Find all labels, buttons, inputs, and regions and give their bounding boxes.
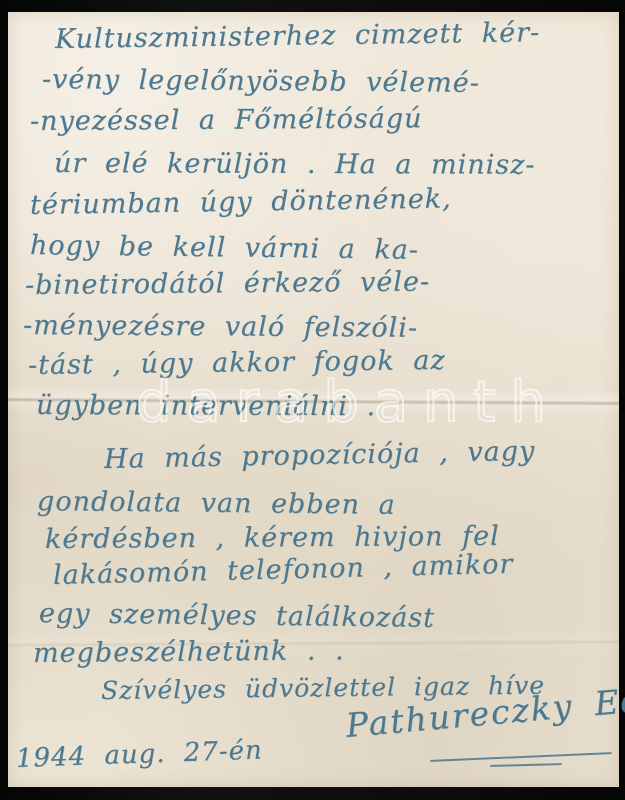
- handwritten-line: megbeszélhetünk . .: [33, 635, 345, 669]
- handwritten-line: Kultuszministerhez cimzett kér-: [55, 17, 541, 55]
- handwritten-line: -vény legelőnyösebb vélemé-: [42, 64, 480, 99]
- handwritten-line: hogy be kell várni a ka-: [30, 230, 419, 266]
- handwritten-line: tériumban úgy döntenének,: [30, 183, 452, 221]
- handwritten-line: úr elé kerüljön . Ha a minisz-: [54, 148, 536, 181]
- handwritten-line: egy személyes találkozást: [39, 598, 435, 634]
- signature-underline: [490, 763, 562, 767]
- handwritten-line: -nyezéssel a Főméltóságú: [30, 103, 423, 137]
- handwritten-line: -tást , úgy akkor fogok az: [28, 345, 446, 381]
- signature-flourish: [430, 752, 612, 762]
- handwritten-line: lakásomón telefonon , amikor: [53, 549, 514, 591]
- date-text: 1944 aug. 27-én: [15, 735, 263, 774]
- letter-paper: Kultuszministerhez cimzett kér- -vény le…: [8, 12, 619, 787]
- handwritten-line: ügyben interveniálni .: [36, 390, 376, 422]
- handwritten-line: gondolata van ebben a: [37, 486, 396, 521]
- handwritten-line: -binetirodától érkező véle-: [25, 266, 430, 301]
- handwritten-line: -ményezésre való felszóli-: [23, 310, 418, 344]
- photo-background: Kultuszministerhez cimzett kér- -vény le…: [0, 0, 625, 800]
- handwritten-line: Ha más propozíciója , vagy: [104, 436, 536, 475]
